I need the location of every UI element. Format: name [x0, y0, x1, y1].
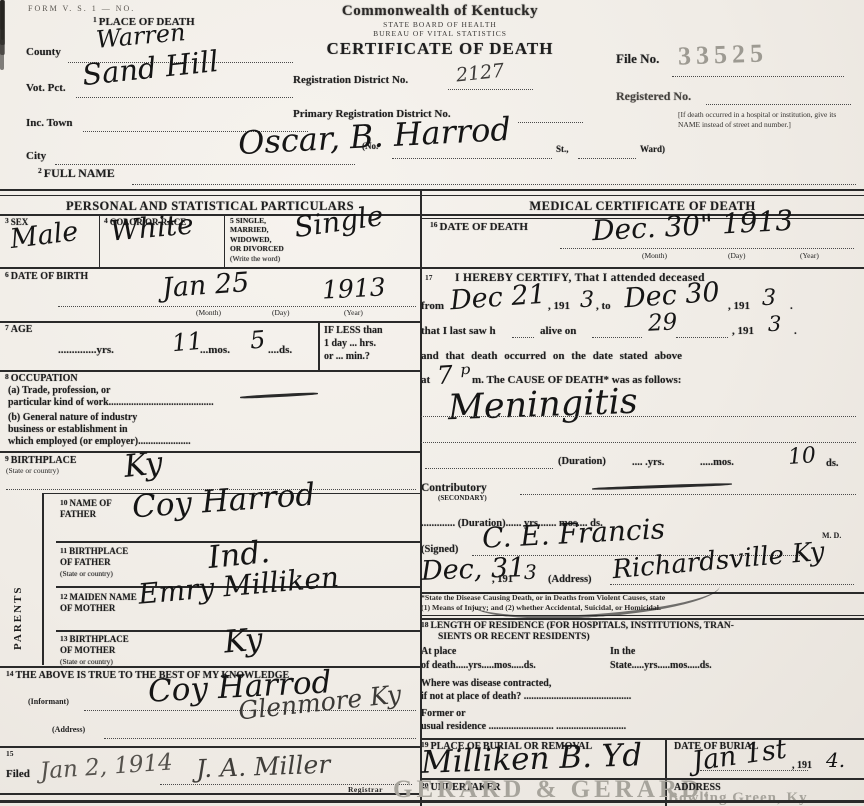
mother-birthplace-hint: (State or country): [60, 657, 113, 666]
day-hint: (Day): [272, 309, 290, 317]
dotted-line: [104, 738, 416, 739]
day-hint: (Day): [728, 252, 746, 260]
registration-district-handwritten: 2127: [455, 62, 505, 86]
date-of-death-handwritten: Dec. 30" 1913: [591, 207, 793, 245]
duration-label: (Duration): [558, 456, 606, 468]
place-of-burial-handwritten: Milliken B. Yd: [421, 740, 643, 779]
to-year-digit-handwritten: 3: [762, 288, 776, 310]
birthplace-handwritten: Ky: [122, 448, 164, 483]
duration-days-handwritten: 10: [787, 445, 816, 469]
marital-label: SINGLE,: [236, 216, 266, 225]
field-number: 9: [5, 454, 9, 463]
mother-birthplace-label: BIRTHPLACE: [70, 634, 129, 644]
in-the-label: In the: [610, 646, 635, 657]
date-of-birth-label: DATE OF BIRTH: [11, 271, 88, 282]
field-number: 1: [93, 15, 97, 24]
duration-ds-label: ds.: [826, 458, 839, 470]
state-line: State.....yrs.....mos.....ds.: [610, 660, 712, 671]
dotted-line: [560, 248, 854, 249]
year-hint: (Year): [800, 252, 819, 260]
rule: [0, 746, 420, 748]
certificate-title: CERTIFICATE OF DEATH: [283, 39, 597, 58]
scan-artifact: [0, 0, 5, 55]
rule: [0, 195, 864, 196]
county-label: County: [26, 46, 61, 58]
rule: [0, 451, 420, 453]
city-label: City: [26, 150, 46, 162]
field-number: 17: [425, 274, 433, 282]
birthplace-label: BIRTHPLACE: [11, 455, 77, 466]
last-seen-day-handwritten: 29: [647, 311, 677, 336]
dotted-line: [520, 494, 856, 495]
if-less-label: IF LESS than: [324, 325, 383, 336]
attended-to-handwritten: Dec 30: [623, 279, 720, 313]
last-seen-year-digit-handwritten: 3: [768, 314, 781, 335]
at-place-label: At place: [421, 646, 456, 657]
dotted-line: [578, 158, 636, 159]
time-of-death-handwritten: 7 ᵖ: [436, 361, 472, 388]
date-of-birth-handwritten: Jan 25: [161, 269, 250, 302]
dotted-line: [672, 76, 844, 77]
of-death-line: of death.....yrs.....mos.....ds.: [421, 660, 536, 671]
st-label: St.,: [556, 144, 569, 154]
disease-contracted-label: Where was disease contracted,: [421, 678, 551, 689]
year-191-printed: , 191: [732, 325, 754, 337]
field-number: 15: [6, 750, 14, 758]
residence-label: LENGTH OF RESIDENCE (FOR HOSPITALS, INST…: [431, 621, 734, 631]
father-birthplace-hint: (State or country): [60, 569, 113, 578]
rule: [99, 214, 100, 267]
dotted-line: [518, 122, 583, 123]
from-year-digit-handwritten: 3: [580, 290, 594, 312]
rule: [0, 189, 864, 191]
dotted-line: [421, 442, 856, 443]
mother-birthplace-label: OF MOTHER: [60, 645, 115, 655]
dotted-line: [421, 416, 856, 417]
dotted-line: [55, 164, 355, 165]
informant-label: (Informant): [28, 698, 69, 707]
dotted-line: [132, 184, 856, 185]
last-saw-label: that I last saw h: [421, 325, 496, 337]
dotted-line: [76, 97, 293, 98]
period: .: [794, 325, 797, 337]
burial-year-digit-handwritten: 4.: [826, 750, 845, 770]
informant-address-label: (Address): [52, 726, 85, 735]
field-number: 14: [6, 669, 14, 678]
field-number: 7: [5, 323, 9, 332]
secondary-hint: (SECONDARY): [438, 495, 487, 503]
dotted-line: [676, 337, 728, 338]
duration-yrs-label: .... .yrs.: [632, 457, 664, 469]
dotted-line: [392, 158, 552, 159]
contributory-label: Contributory: [421, 482, 487, 495]
rule: [421, 738, 864, 740]
age-ds-label: ....ds.: [268, 344, 292, 356]
field-number: 4: [104, 216, 108, 225]
marital-label: WIDOWED,: [230, 235, 271, 244]
md-label: M. D.: [822, 532, 841, 541]
rule: [421, 615, 864, 616]
occupation-b-label: (b) General nature of industry: [8, 412, 137, 423]
rule: [0, 370, 420, 372]
dotted-line: [448, 89, 533, 90]
marital-label: MARRIED,: [230, 225, 269, 234]
mother-maiden-label: MAIDEN NAME: [70, 592, 137, 602]
dotted-line: [512, 337, 534, 338]
year-191-printed: , 191: [792, 760, 812, 771]
age-months-handwritten: 11: [171, 329, 204, 356]
father-name-label: FATHER: [60, 509, 96, 519]
mother-birthplace-handwritten: Ky: [223, 624, 264, 658]
field-number: 8: [5, 372, 9, 381]
field-number: 10: [60, 498, 68, 507]
field-number: 11: [60, 546, 67, 555]
occupation-b-label: which employed (or employer)............…: [8, 436, 191, 447]
if-less-label: or ... min.?: [324, 351, 370, 362]
marital-label: OR DIVORCED: [230, 244, 284, 253]
occupation-label: OCCUPATION: [11, 373, 78, 384]
color-race-handwritten: White: [109, 210, 195, 245]
dotted-line: [592, 337, 642, 338]
rule: [0, 666, 420, 668]
date-of-death-label: DATE OF DEATH: [440, 221, 528, 233]
form-number-note: FORM V. S. 1 — NO.: [28, 5, 135, 14]
year-191-printed: , 191: [728, 300, 750, 312]
certify-to-label: , to: [596, 300, 611, 312]
former-residence-label: Former or: [421, 708, 466, 719]
year-191-printed: , 191: [548, 300, 570, 312]
disease-contracted-label: if not at place of death? ..............…: [421, 691, 631, 702]
registered-no-label: Registered No.: [616, 90, 691, 103]
rule: [0, 267, 420, 269]
field-number: 12: [60, 592, 68, 601]
occupation-a-label: (a) Trade, profession, or: [8, 385, 111, 396]
filed-date-handwritten: Jan 2, 1914: [39, 751, 173, 783]
birth-year-handwritten: 1913: [321, 274, 386, 302]
cause-of-death-handwritten: Meningitis: [447, 385, 638, 427]
period: .: [790, 300, 793, 312]
bureau-subtitle: BUREAU OF VITAL STATISTICS: [290, 30, 590, 38]
registrar-signature-handwritten: J. A. Miller: [196, 752, 331, 782]
parents-vertical-label: PARENTS: [12, 540, 24, 650]
residence-label: SIENTS OR RECENT RESIDENTS): [438, 632, 590, 643]
age-yrs-label: ..............yrs.: [58, 344, 114, 356]
field-number: 2: [38, 166, 42, 175]
rule: [0, 793, 420, 795]
former-residence-label: usual residence ........................…: [421, 721, 626, 732]
father-name-label: NAME OF: [70, 498, 112, 508]
dotted-line: [706, 104, 851, 105]
month-hint: (Month): [642, 252, 667, 260]
death-certificate-scan: FORM V. S. 1 — NO. 1PLACE OF DEATH Count…: [0, 0, 864, 806]
rule: [0, 321, 420, 323]
file-no-stamp: 33525: [678, 38, 769, 71]
age-label: AGE: [11, 324, 33, 335]
age-days-handwritten: 5: [249, 327, 266, 352]
attended-from-handwritten: Dec 21: [449, 281, 546, 315]
rule: [0, 800, 864, 803]
mother-maiden-label: OF MOTHER: [60, 603, 115, 613]
duration-mos-label: .....mos.: [700, 457, 734, 469]
if-less-label: 1 day ... hrs.: [324, 338, 376, 349]
field-number: 16: [430, 220, 438, 229]
occupation-a-label: particular kind of work.................…: [8, 397, 214, 408]
rule: [421, 267, 864, 269]
alive-on-label: alive on: [540, 325, 576, 337]
age-mos-label: ...mos.: [200, 344, 230, 356]
county-handwritten: Warren: [95, 20, 186, 52]
file-no-label: File No.: [616, 52, 659, 67]
rule: [421, 618, 864, 620]
certify-from-label: from: [421, 300, 444, 312]
field-number: 13: [60, 634, 68, 643]
contributory-dash-handwritten: [592, 483, 732, 490]
dotted-line: [58, 306, 416, 307]
ward-label: Ward): [640, 144, 665, 154]
commonwealth-title: Commonwealth of Kentucky: [290, 3, 590, 20]
physician-signature-handwritten: C. E. Francis: [481, 515, 665, 553]
inc-town-label: Inc. Town: [26, 117, 72, 129]
filed-label: Filed: [6, 768, 30, 780]
field-number: 6: [5, 270, 9, 279]
vot-pct-label: Vot. Pct.: [26, 82, 66, 94]
birthplace-hint: (State or country): [6, 467, 59, 475]
year-hint: (Year): [344, 309, 363, 317]
father-name-handwritten: Coy Harrod: [131, 480, 316, 524]
occupation-b-label: business or establishment in: [8, 424, 128, 435]
full-name-handwritten: Oscar, B. Harrod: [237, 113, 511, 159]
at-label: at: [421, 374, 430, 386]
sex-handwritten: Male: [9, 218, 80, 253]
full-name-label: FULL NAME: [44, 166, 115, 180]
father-birthplace-label: OF FATHER: [60, 557, 111, 567]
dotted-line: [425, 468, 553, 469]
hospital-note: [If death occurred in a hospital or inst…: [678, 110, 854, 130]
registration-district-label: Registration District No.: [293, 74, 408, 86]
month-hint: (Month): [196, 309, 221, 317]
occupation-dash-handwritten: [240, 392, 318, 399]
mother-maiden-handwritten: Emry Milliken: [137, 563, 340, 608]
rule: [42, 493, 44, 665]
field-number: 5: [230, 216, 234, 225]
undertaker-address-stamp: Bowling Green, Ky: [668, 790, 808, 806]
marital-hint: (Write the word): [230, 254, 280, 263]
rule: [318, 321, 320, 370]
field-number: 18: [421, 620, 429, 629]
rule: [224, 214, 225, 267]
father-birthplace-label: BIRTHPLACE: [69, 546, 128, 556]
